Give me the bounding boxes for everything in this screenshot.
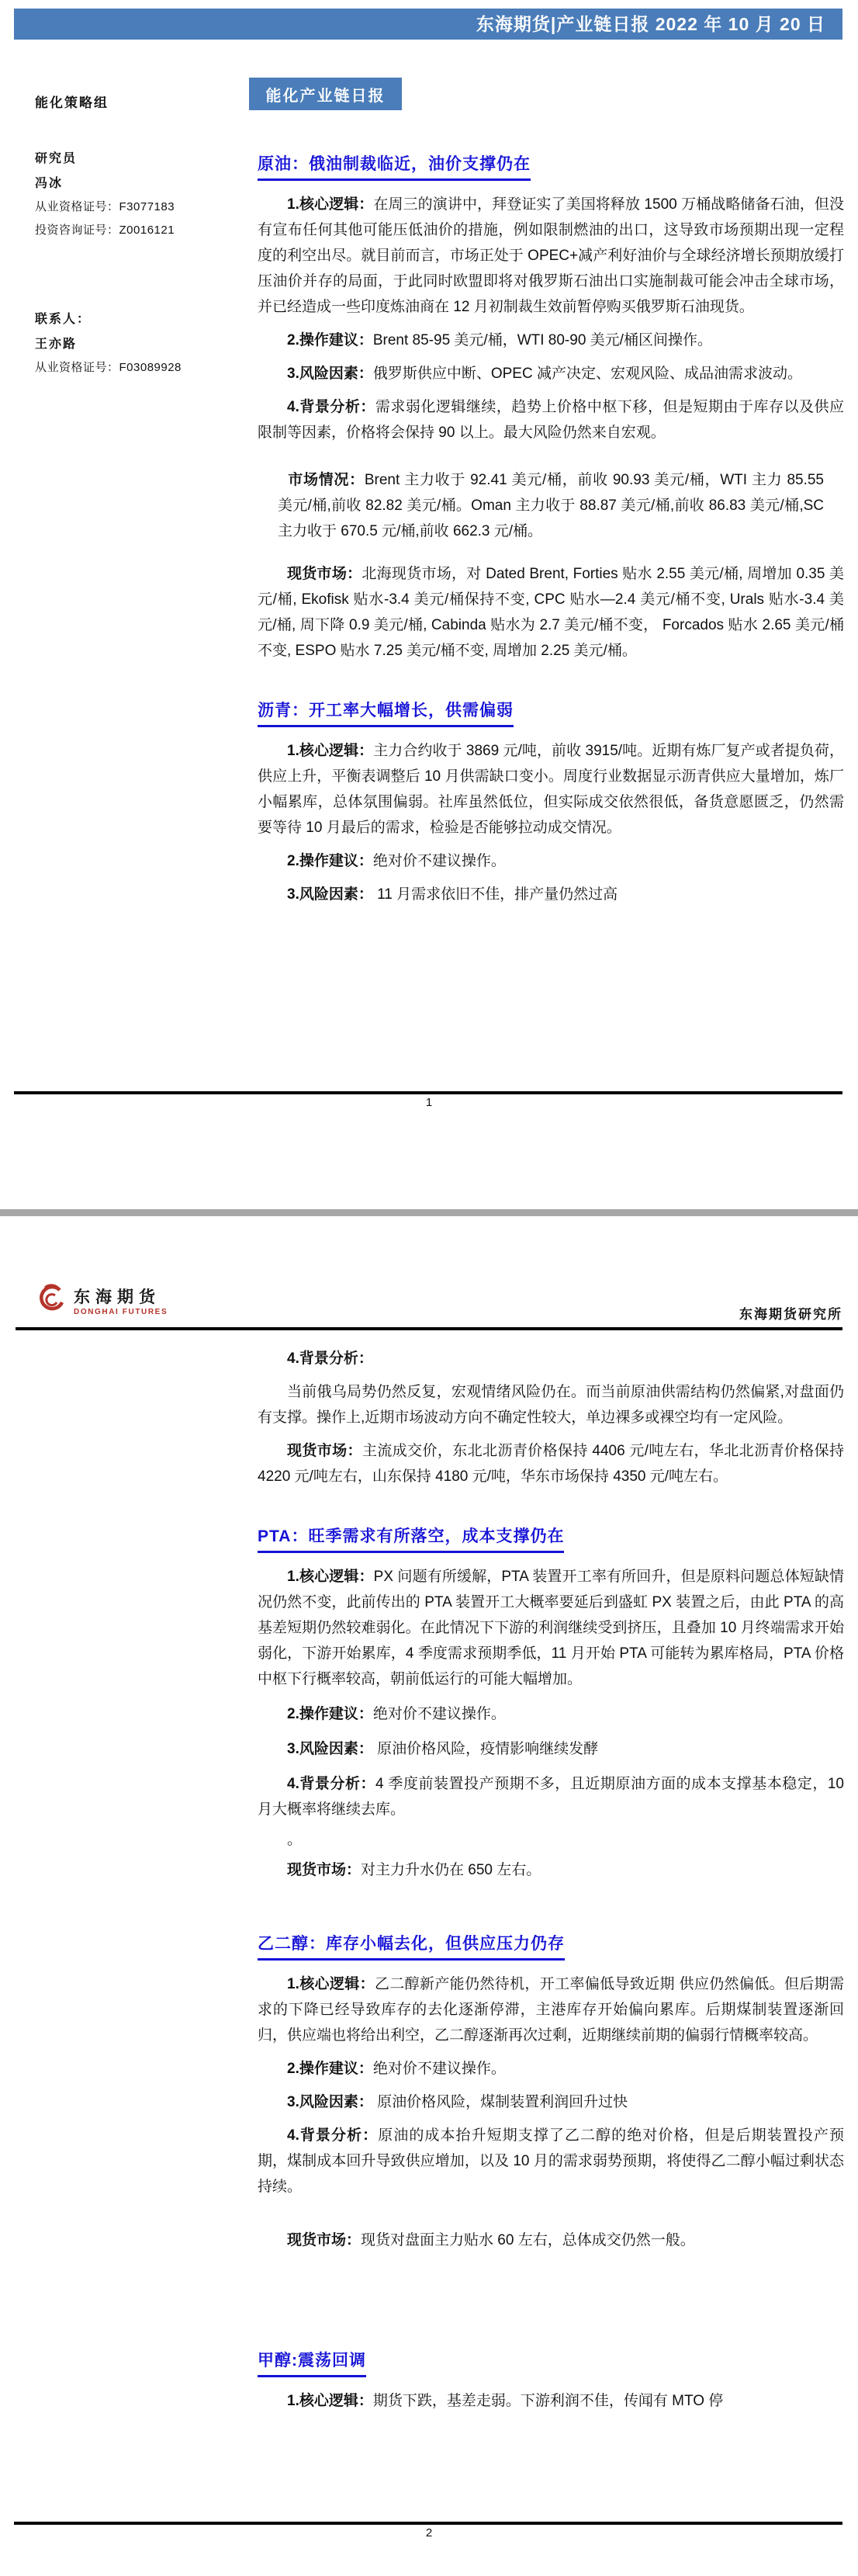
report-badge: 能化产业链日报 xyxy=(249,78,402,110)
contact-label: 联系人： xyxy=(35,309,248,327)
para-label: 1.核心逻辑： xyxy=(287,1976,375,1992)
crude-market-summary: 市场情况：Brent 主力收于 92.41 美元/桶，前收 90.93 美元/桶… xyxy=(278,467,824,544)
bitumen-core-logic: 1.核心逻辑：主力合约收于 3869 元/吨，前收 3915/吨。近期有炼厂复产… xyxy=(258,738,844,841)
meg-spot-market: 现货市场：现货对盘面主力贴水 60 左右，总体成交仍然一般。 xyxy=(258,2228,844,2253)
para-text: 绝对价不建议操作。 xyxy=(373,1706,506,1722)
pta-risk: 3.风险因素： 原油价格风险，疫情影响继续发酵 xyxy=(258,1736,844,1762)
crude-risk: 3.风险因素：俄罗斯供应中断、OPEC 减产决定、宏观风险、成品油需求波动。 xyxy=(258,361,844,387)
page2-footer-rule xyxy=(14,2522,842,2525)
bitumen-advice: 2.操作建议：绝对价不建议操作。 xyxy=(258,848,844,874)
pta-spot-market: 现货市场：对主力升水仍在 650 左右。 xyxy=(258,1857,844,1883)
para-label: 2.操作建议： xyxy=(287,2061,373,2077)
page2-header: 东海期货 DONGHAI FUTURES 东海期货研究所 xyxy=(35,1282,842,1324)
logo-cn-text: 东海期货 xyxy=(74,1288,168,1307)
bitumen-risk: 3.风险因素： 11 月需求依旧不佳，排产量仍然过高 xyxy=(258,882,844,907)
para-text: 11 月需求依旧不佳，排产量仍然过高 xyxy=(373,886,618,903)
para-text: 原油价格风险，疫情影响继续发酵 xyxy=(373,1741,598,1757)
research-institute-label: 东海期货研究所 xyxy=(739,1303,842,1324)
para-label: 2.操作建议： xyxy=(287,853,373,869)
crude-spot-market: 现货市场：北海现货市场，对 Dated Brent, Forties 贴水 2.… xyxy=(258,561,844,664)
crude-core-logic: 1.核心逻辑：在周三的演讲中，拜登证实了美国将释放 1500 万桶战略储备石油，… xyxy=(258,192,844,320)
researcher-qualification-no: 从业资格证号：F3077183 xyxy=(35,198,248,214)
para-text: PX 问题有所缓解，PTA 装置开工率有所回升，但是原料问题总体短缺情况仍然不变… xyxy=(258,1569,844,1687)
bitumen-spot-market: 现货市场：主流成交价，东北北沥青价格保持 4406 元/吨左右，华北北沥青价格保… xyxy=(258,1438,844,1489)
section-title-pta: PTA：旺季需求有所落空，成本支撑仍在 xyxy=(258,1524,564,1553)
para-label: 3.风险因素： xyxy=(287,886,373,903)
para-label: 1.核心逻辑： xyxy=(287,1569,374,1585)
page1-main-column: 原油：俄油制裁临近，油价支撑仍在 1.核心逻辑：在周三的演讲中，拜登证实了美国将… xyxy=(258,151,844,907)
para-label: 市场情况： xyxy=(288,472,365,488)
meg-background: 4.背景分析：原油的成本抬升短期支撑了乙二醇的绝对价格，但是后期装置投产预期，煤… xyxy=(258,2123,844,2200)
crude-background: 4.背景分析：需求弱化逻辑继续，趋势上价格中枢下移，但是短期由于库存以及供应限制… xyxy=(258,394,844,446)
para-text: 原油价格风险，煤制装置利润回升过快 xyxy=(373,2094,628,2110)
para-label: 现货市场： xyxy=(287,566,362,582)
para-label: 1.核心逻辑： xyxy=(287,196,373,213)
meg-core-logic: 1.核心逻辑：乙二醇新产能仍然待机，开工率偏低导致近期 供应仍然偏低。但后期需求… xyxy=(258,1971,844,2048)
para-text: 绝对价不建议操作。 xyxy=(373,2061,506,2077)
para-text: 对主力升水仍在 650 左右。 xyxy=(361,1862,541,1878)
pta-orphan-punct: 。 xyxy=(258,1827,844,1853)
pta-core-logic: 1.核心逻辑：PX 问题有所缓解，PTA 装置开工率有所回升，但是原料问题总体短… xyxy=(258,1564,844,1692)
report-title-bar: 东海期货|产业链日报 2022 年 10 月 20 日 xyxy=(14,9,842,40)
pta-advice: 2.操作建议：绝对价不建议操作。 xyxy=(258,1701,844,1727)
para-label: 1.核心逻辑： xyxy=(287,743,373,759)
para-label: 现货市场： xyxy=(287,1443,362,1459)
para-label: 4.背景分析： xyxy=(287,1350,373,1367)
para-label: 3.风险因素： xyxy=(287,2094,373,2110)
donghai-logo-icon xyxy=(35,1281,67,1324)
researcher-advisory-no: 投资咨询证号：Z0016121 xyxy=(35,221,248,237)
para-label: 3.风险因素： xyxy=(287,1741,373,1757)
meg-advice: 2.操作建议：绝对价不建议操作。 xyxy=(258,2056,844,2082)
contact-name: 王亦路 xyxy=(35,334,248,352)
para-text: 绝对价不建议操作。 xyxy=(373,853,506,869)
page-separator xyxy=(0,1209,858,1216)
para-text: Brent 85-95 美元/桶，WTI 80-90 美元/桶区间操作。 xyxy=(373,332,712,348)
para-text: 现货对盘面主力贴水 60 左右，总体成交仍然一般。 xyxy=(361,2232,695,2248)
para-label: 现货市场： xyxy=(287,2232,361,2248)
para-label: 4.背景分析： xyxy=(287,399,375,415)
para-label: 4.背景分析： xyxy=(287,1776,375,1792)
page2-main-column: 4.背景分析： 当前俄乌局势仍然反复，宏观情绪风险仍在。而当前原油供需结构仍然偏… xyxy=(258,1346,844,2414)
para-label: 1.核心逻辑： xyxy=(287,2393,373,2409)
logo-en-text: DONGHAI FUTURES xyxy=(74,1307,168,1317)
para-text: 。 xyxy=(287,1832,302,1848)
section-title-bitumen: 沥青：开工率大幅增长，供需偏弱 xyxy=(258,698,514,727)
researcher-name: 冯冰 xyxy=(35,173,248,191)
strategy-group-label: 能化策略组 xyxy=(35,92,248,111)
para-text: 俄罗斯供应中断、OPEC 减产决定、宏观风险、成品油需求波动。 xyxy=(373,366,802,382)
researcher-role-label: 研究员 xyxy=(35,148,248,166)
para-text: 期货下跌，基差走弱。下游利润不佳，传闻有 MTO 停 xyxy=(373,2393,723,2409)
contact-qualification-no: 从业资格证号：F03089928 xyxy=(35,359,248,375)
bitumen-background-body: 当前俄乌局势仍然反复，宏观情绪风险仍在。而当前原油供需结构仍然偏紧,对盘面仍有支… xyxy=(258,1379,844,1430)
crude-advice: 2.操作建议：Brent 85-95 美元/桶，WTI 80-90 美元/桶区间… xyxy=(258,328,844,353)
para-label: 现货市场： xyxy=(287,1862,361,1878)
para-label: 2.操作建议： xyxy=(287,1706,373,1722)
page2-number: 2 xyxy=(0,2526,858,2540)
para-label: 3.风险因素： xyxy=(287,366,373,382)
meg-risk: 3.风险因素： 原油价格风险，煤制装置利润回升过快 xyxy=(258,2089,844,2115)
section-title-methanol: 甲醇:震荡回调 xyxy=(258,2348,366,2377)
para-label: 2.操作建议： xyxy=(287,332,373,348)
sidebar: 能化策略组 研究员 冯冰 从业资格证号：F3077183 投资咨询证号：Z001… xyxy=(35,92,248,375)
para-label: 4.背景分析： xyxy=(287,2127,378,2144)
para-text: 在周三的演讲中，拜登证实了美国将释放 1500 万桶战略储备石油，但没有宣布任何… xyxy=(258,196,844,315)
donghai-logo: 东海期货 DONGHAI FUTURES xyxy=(35,1281,168,1324)
section-title-meg: 乙二醇：库存小幅去化，但供应压力仍存 xyxy=(258,1931,565,1961)
page1-number: 1 xyxy=(0,1096,858,1109)
para-text: 当前俄乌局势仍然反复，宏观情绪风险仍在。而当前原油供需结构仍然偏紧,对盘面仍有支… xyxy=(258,1384,844,1426)
section-title-crude: 原油：俄油制裁临近，油价支撑仍在 xyxy=(258,151,531,181)
page2-header-rule xyxy=(16,1327,842,1330)
methanol-core-logic: 1.核心逻辑：期货下跌，基差走弱。下游利润不佳，传闻有 MTO 停 xyxy=(258,2388,844,2414)
bitumen-background-label: 4.背景分析： xyxy=(258,1346,844,1371)
pta-background: 4.背景分析：4 季度前装置投产预期不多，且近期原油方面的成本支撑基本稳定，10… xyxy=(258,1771,844,1822)
page1-footer-rule xyxy=(14,1091,842,1094)
